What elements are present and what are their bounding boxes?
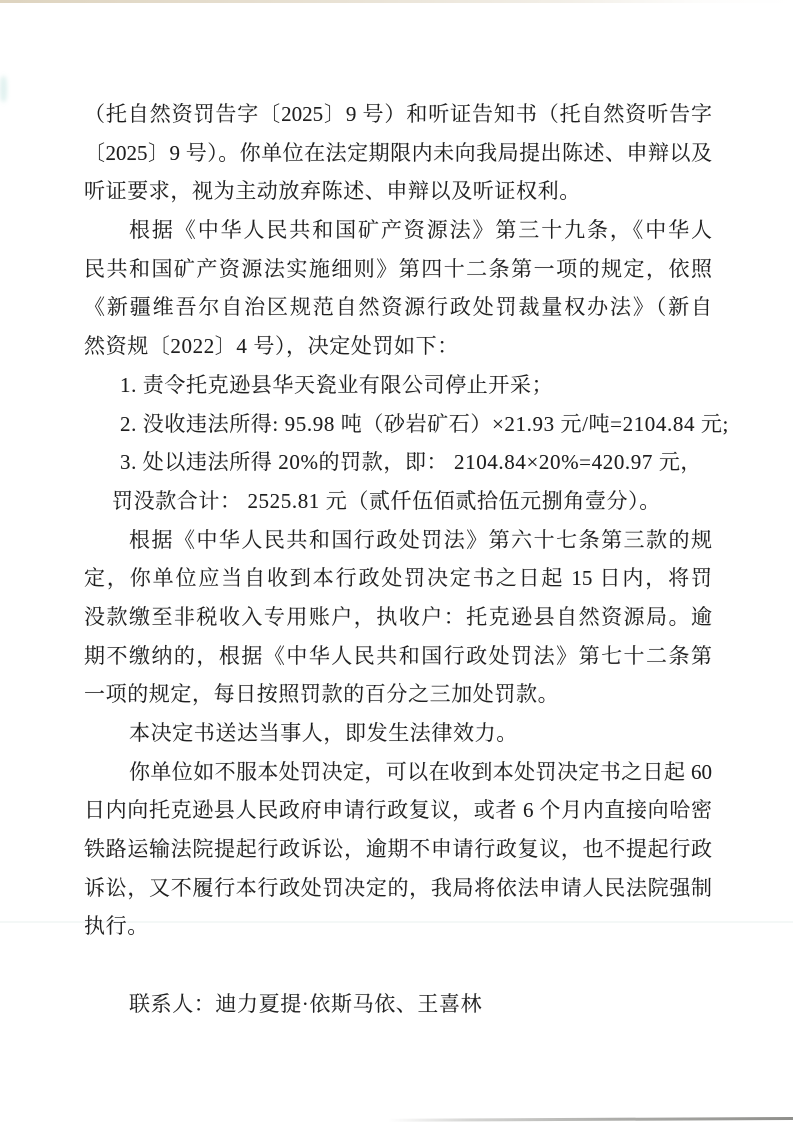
payment-terms-line-1: 根据《中华人民共和国行政处罚法》第六十七条第三款的规: [84, 521, 712, 560]
penalty-item-3: 3. 处以违法所得 20%的罚款，即： 2104.84×20%=420.97 元…: [84, 443, 712, 482]
payment-terms-line-2: 定，你单位应当自收到本行政处罚决定书之日起 15 日内，将罚: [84, 559, 712, 598]
payment-terms-line-4: 期不缴纳的，根据《中华人民共和国行政处罚法》第七十二条第: [84, 637, 712, 676]
blank-line: [84, 946, 712, 985]
penalty-item-1: 1. 责令托克逊县华天瓷业有限公司停止开采；: [84, 366, 712, 405]
appeal-rights-line-4: 诉讼，又不履行本行政处罚决定的，我局将依法申请人民法院强制: [84, 869, 712, 908]
scanned-document-page: （托自然资罚告字〔2025〕9 号）和听证告知书（托自然资听告字 〔2025〕9…: [0, 0, 793, 1122]
effectiveness-line: 本决定书送达当事人，即发生法律效力。: [84, 714, 712, 753]
scan-smudge-left: [0, 76, 7, 102]
penalty-item-2: 2. 没收违法所得: 95.98 吨（砂岩矿石）×21.93 元/吨=2104.…: [84, 405, 712, 444]
contact-person-line: 联系人：迪力夏提·依斯马依、王喜林: [84, 985, 712, 1024]
prior-notice-line-2: 〔2025〕9 号）。你单位在法定期限内未向我局提出陈述、申辩以及: [84, 134, 712, 173]
prior-notice-line-3: 听证要求，视为主动放弃陈述、申辩以及听证权利。: [84, 172, 712, 211]
scan-edge-top: [0, 0, 793, 3]
scan-edge-bottom: [388, 1117, 793, 1121]
appeal-rights-line-1: 你单位如不服本处罚决定，可以在收到本处罚决定书之日起 60: [84, 753, 712, 792]
payment-terms-line-3: 没款缴至非税收入专用账户，执收户：托克逊县自然资源局。逾: [84, 598, 712, 637]
prior-notice-line-1: （托自然资罚告字〔2025〕9 号）和听证告知书（托自然资听告字: [84, 95, 712, 134]
penalty-total-line: 罚没款合计： 2525.81 元（贰仟伍佰贰拾伍元捌角壹分）。: [84, 482, 712, 521]
legal-basis-line-4: 然资规〔2022〕4 号），决定处罚如下：: [84, 327, 712, 366]
penalty-decision-text-block: （托自然资罚告字〔2025〕9 号）和听证告知书（托自然资听告字 〔2025〕9…: [84, 95, 712, 1024]
appeal-rights-line-2: 日内向托克逊县人民政府申请行政复议，或者 6 个月内直接向哈密: [84, 791, 712, 830]
payment-terms-line-5: 一项的规定，每日按照罚款的百分之三加处罚款。: [84, 675, 712, 714]
appeal-rights-line-3: 铁路运输法院提起行政诉讼，逾期不申请行政复议，也不提起行政: [84, 830, 712, 869]
legal-basis-line-2: 民共和国矿产资源法实施细则》第四十二条第一项的规定，依照: [84, 250, 712, 289]
legal-basis-line-3: 《新疆维吾尔自治区规范自然资源行政处罚裁量权办法》（新自: [84, 288, 712, 327]
legal-basis-line-1: 根据《中华人民共和国矿产资源法》第三十九条，《中华人: [84, 211, 712, 250]
appeal-rights-line-5: 执行。: [84, 907, 712, 946]
